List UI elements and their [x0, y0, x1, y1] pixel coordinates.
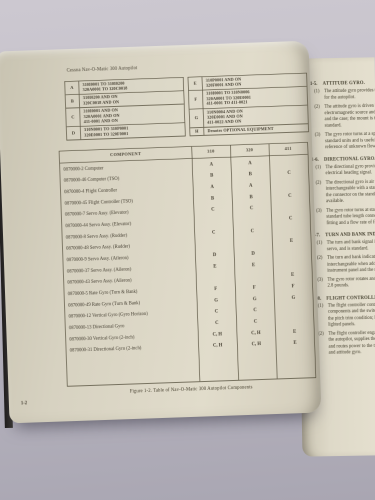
code-310: C, H	[198, 330, 237, 337]
section-paragraph: (1)The turn and bank signal is used for …	[317, 238, 375, 252]
code-310: B	[192, 172, 231, 179]
paragraph-number: (3)	[316, 207, 326, 226]
code-320: C	[236, 318, 275, 325]
code-310: C, H	[198, 342, 237, 349]
serial-group-key: F	[189, 91, 204, 109]
code-310: A	[192, 160, 231, 167]
paragraph-number: (1)	[315, 164, 325, 177]
component-table-body: 0870000-2 ComputerAA0870000-46 Computer …	[60, 155, 315, 356]
paragraph-text: The attitude gyro provides the pitch sig…	[324, 87, 375, 101]
code-310: C	[197, 308, 236, 315]
running-header: Cessna Nav-O-Matic 300 Autopilot	[67, 65, 138, 73]
code-411: C	[270, 192, 309, 199]
manual-left-page: Cessna Nav-O-Matic 300 Autopilot A310I00…	[0, 41, 321, 424]
code-411	[269, 160, 308, 161]
section-title: ATTITUDE GYRO.	[323, 80, 365, 86]
code-320: A	[231, 159, 270, 166]
section-paragraph: (1)The attitude gyro provides the pitch …	[314, 87, 375, 101]
photo-scene: Cessna Nav-O-Matic 300 Autopilot A310I00…	[0, 0, 375, 500]
code-310: G	[197, 296, 236, 303]
code-411: E	[272, 237, 311, 244]
code-320	[235, 275, 274, 276]
code-411: E	[273, 271, 312, 278]
section-paragraph: (1)The flight controller contains the ma…	[318, 301, 375, 328]
serial-group-key: C	[66, 108, 81, 126]
manual-sections: 1-5.ATTITUDE GYRO.(1)The attitude gyro p…	[310, 79, 375, 362]
code-310: C	[194, 228, 233, 235]
code-310: D	[195, 251, 234, 258]
paragraph-number: (1)	[317, 240, 327, 253]
section-title: FLIGHT CONTROLLER.	[326, 294, 375, 300]
code-411: C	[271, 214, 310, 221]
serial-table-a-d: A310I0001 TO 310I0200320A0001 TO 320C001…	[64, 77, 185, 141]
code-320: C	[236, 306, 275, 313]
paragraph-number: (3)	[317, 277, 327, 290]
code-310	[194, 220, 233, 221]
section-paragraph: (3)The gyro rotor rotates and the rotor …	[317, 275, 375, 289]
serial-group-key: A	[65, 81, 79, 94]
code-320	[233, 218, 272, 219]
serial-group-key: G	[189, 109, 204, 127]
code-411	[270, 183, 309, 184]
paragraph-text: The flight controller engages and diseng…	[328, 329, 375, 356]
section-paragraph: (2)The attitude gyro is driven by an ele…	[314, 102, 375, 129]
paragraph-text: The gyro rotor rotates and the rotor wei…	[327, 275, 375, 289]
code-310	[195, 242, 234, 243]
manual-section: 1-5.ATTITUDE GYRO.(1)The attitude gyro p…	[310, 79, 375, 150]
paragraph-text: The turn and bank signal is used for the…	[327, 238, 375, 252]
section-title: DIRECTIONAL GYRO.	[324, 156, 375, 162]
code-310: C	[197, 319, 236, 326]
section-heading: 1-8.FLIGHT CONTROLLER.	[314, 294, 375, 301]
manual-section: 1-6.DIRECTIONAL GYRO.(1)The directional …	[311, 155, 375, 226]
section-paragraph: (2)The turn and bank indicator is used, …	[317, 253, 375, 274]
page-number: 1-2	[21, 400, 27, 406]
paragraph-number: (2)	[314, 104, 324, 130]
serial-table-e-h: E310P0001 AND ON320F0001 AND ONF310I0001…	[188, 73, 309, 137]
code-320: F	[235, 284, 274, 291]
code-411	[273, 262, 312, 263]
paragraph-text: The gyro rotor turns at a speed of 2.5 s…	[325, 130, 375, 150]
code-320: C	[233, 227, 272, 234]
paragraph-number: (2)	[317, 255, 327, 274]
code-411	[275, 319, 314, 320]
section-heading: 1-5.ATTITUDE GYRO.	[310, 79, 375, 86]
manual-section: 1-7.TURN AND BANK INDICATOR.(1)The turn …	[313, 231, 375, 290]
section-paragraph: (3)The gyro rotor turns at a speed of 2.…	[315, 130, 375, 151]
paragraph-number: (2)	[316, 179, 326, 205]
code-320: E	[234, 261, 273, 268]
section-paragraph: (1)The directional gyro provides heading…	[315, 162, 375, 176]
code-320: B	[232, 193, 271, 200]
component-column-header: 310	[192, 149, 231, 155]
paragraph-number: (1)	[318, 303, 328, 329]
code-320: B	[231, 170, 270, 177]
paragraph-number: (2)	[318, 331, 328, 357]
section-paragraph: (3)The gyro rotor turns at standard spee…	[316, 206, 375, 227]
code-411: F	[274, 282, 313, 289]
serial-range-line: Denotes OPTIONAL EQUIPMENT	[207, 125, 308, 134]
code-310: C	[193, 206, 232, 213]
code-411: E	[276, 339, 315, 346]
serial-group-key: E	[188, 77, 202, 90]
code-411: E	[275, 328, 314, 335]
code-320: C	[232, 204, 271, 211]
serial-effectivity-tables: A310I0001 TO 310I0200320A0001 TO 320C001…	[64, 73, 309, 141]
code-411	[272, 251, 311, 252]
code-411	[274, 308, 313, 309]
code-310	[196, 276, 235, 277]
paragraph-text: The gyro rotor turns at standard speed; …	[326, 206, 375, 226]
code-411: C	[270, 169, 309, 176]
section-paragraph: (2)The flight controller engages and dis…	[318, 329, 375, 356]
serial-group-key: H	[190, 128, 204, 136]
serial-group-key: D	[67, 127, 81, 140]
manual-section: 1-8.FLIGHT CONTROLLER.(1)The flight cont…	[314, 294, 375, 356]
component-table: COMPONENT310320411 0870000-2 ComputerAA0…	[59, 142, 316, 387]
code-411	[271, 206, 310, 207]
section-number: 1-5.	[310, 81, 323, 87]
section-heading: 1-6.DIRECTIONAL GYRO.	[311, 155, 375, 162]
paragraph-text: The directional gyro provides heading an…	[325, 162, 375, 176]
code-310: E	[195, 262, 234, 269]
code-320: C, H	[237, 340, 276, 347]
code-411: G	[274, 294, 313, 301]
code-320	[233, 241, 272, 242]
section-number: 1-6.	[311, 157, 324, 163]
left-page-content: Cessna Nav-O-Matic 300 Autopilot A310I00…	[0, 41, 321, 424]
paragraph-text: The turn and bank indicator is used, and…	[327, 253, 375, 273]
paragraph-number: (1)	[314, 88, 324, 101]
serial-group-key: B	[66, 95, 80, 108]
code-320: A	[231, 182, 270, 189]
code-320: D	[234, 250, 273, 257]
serial-group-lines: 310N0001 TO 310P0001320E0001 TO 320F0001	[81, 123, 185, 139]
section-heading: 1-7.TURN AND BANK INDICATOR.	[313, 231, 375, 238]
paragraph-text: The attitude gyro is driven by an electr…	[324, 102, 375, 129]
code-320: G	[235, 295, 274, 302]
code-411	[272, 228, 311, 229]
component-name: 0870000-31 Directional Gyro (2-inch)	[66, 343, 198, 353]
code-320: C, H	[236, 329, 275, 336]
paragraph-text: The flight controller contains the main …	[328, 301, 375, 328]
component-column-header: COMPONENT	[60, 150, 192, 159]
component-column-header: 320	[230, 147, 269, 153]
code-310: F	[196, 285, 235, 292]
section-title: TURN AND BANK INDICATOR.	[325, 231, 375, 238]
paragraph-number: (3)	[315, 132, 325, 151]
paragraph-text: The directional gyro is air driven and i…	[326, 178, 375, 205]
code-310: B	[193, 194, 232, 201]
serial-group-row: D310N0001 TO 310P0001320E0001 TO 320F000…	[67, 123, 185, 140]
code-310: A	[193, 183, 232, 190]
section-paragraph: (2)The directional gyro is air driven an…	[316, 178, 375, 205]
component-column-header: 411	[269, 146, 308, 152]
